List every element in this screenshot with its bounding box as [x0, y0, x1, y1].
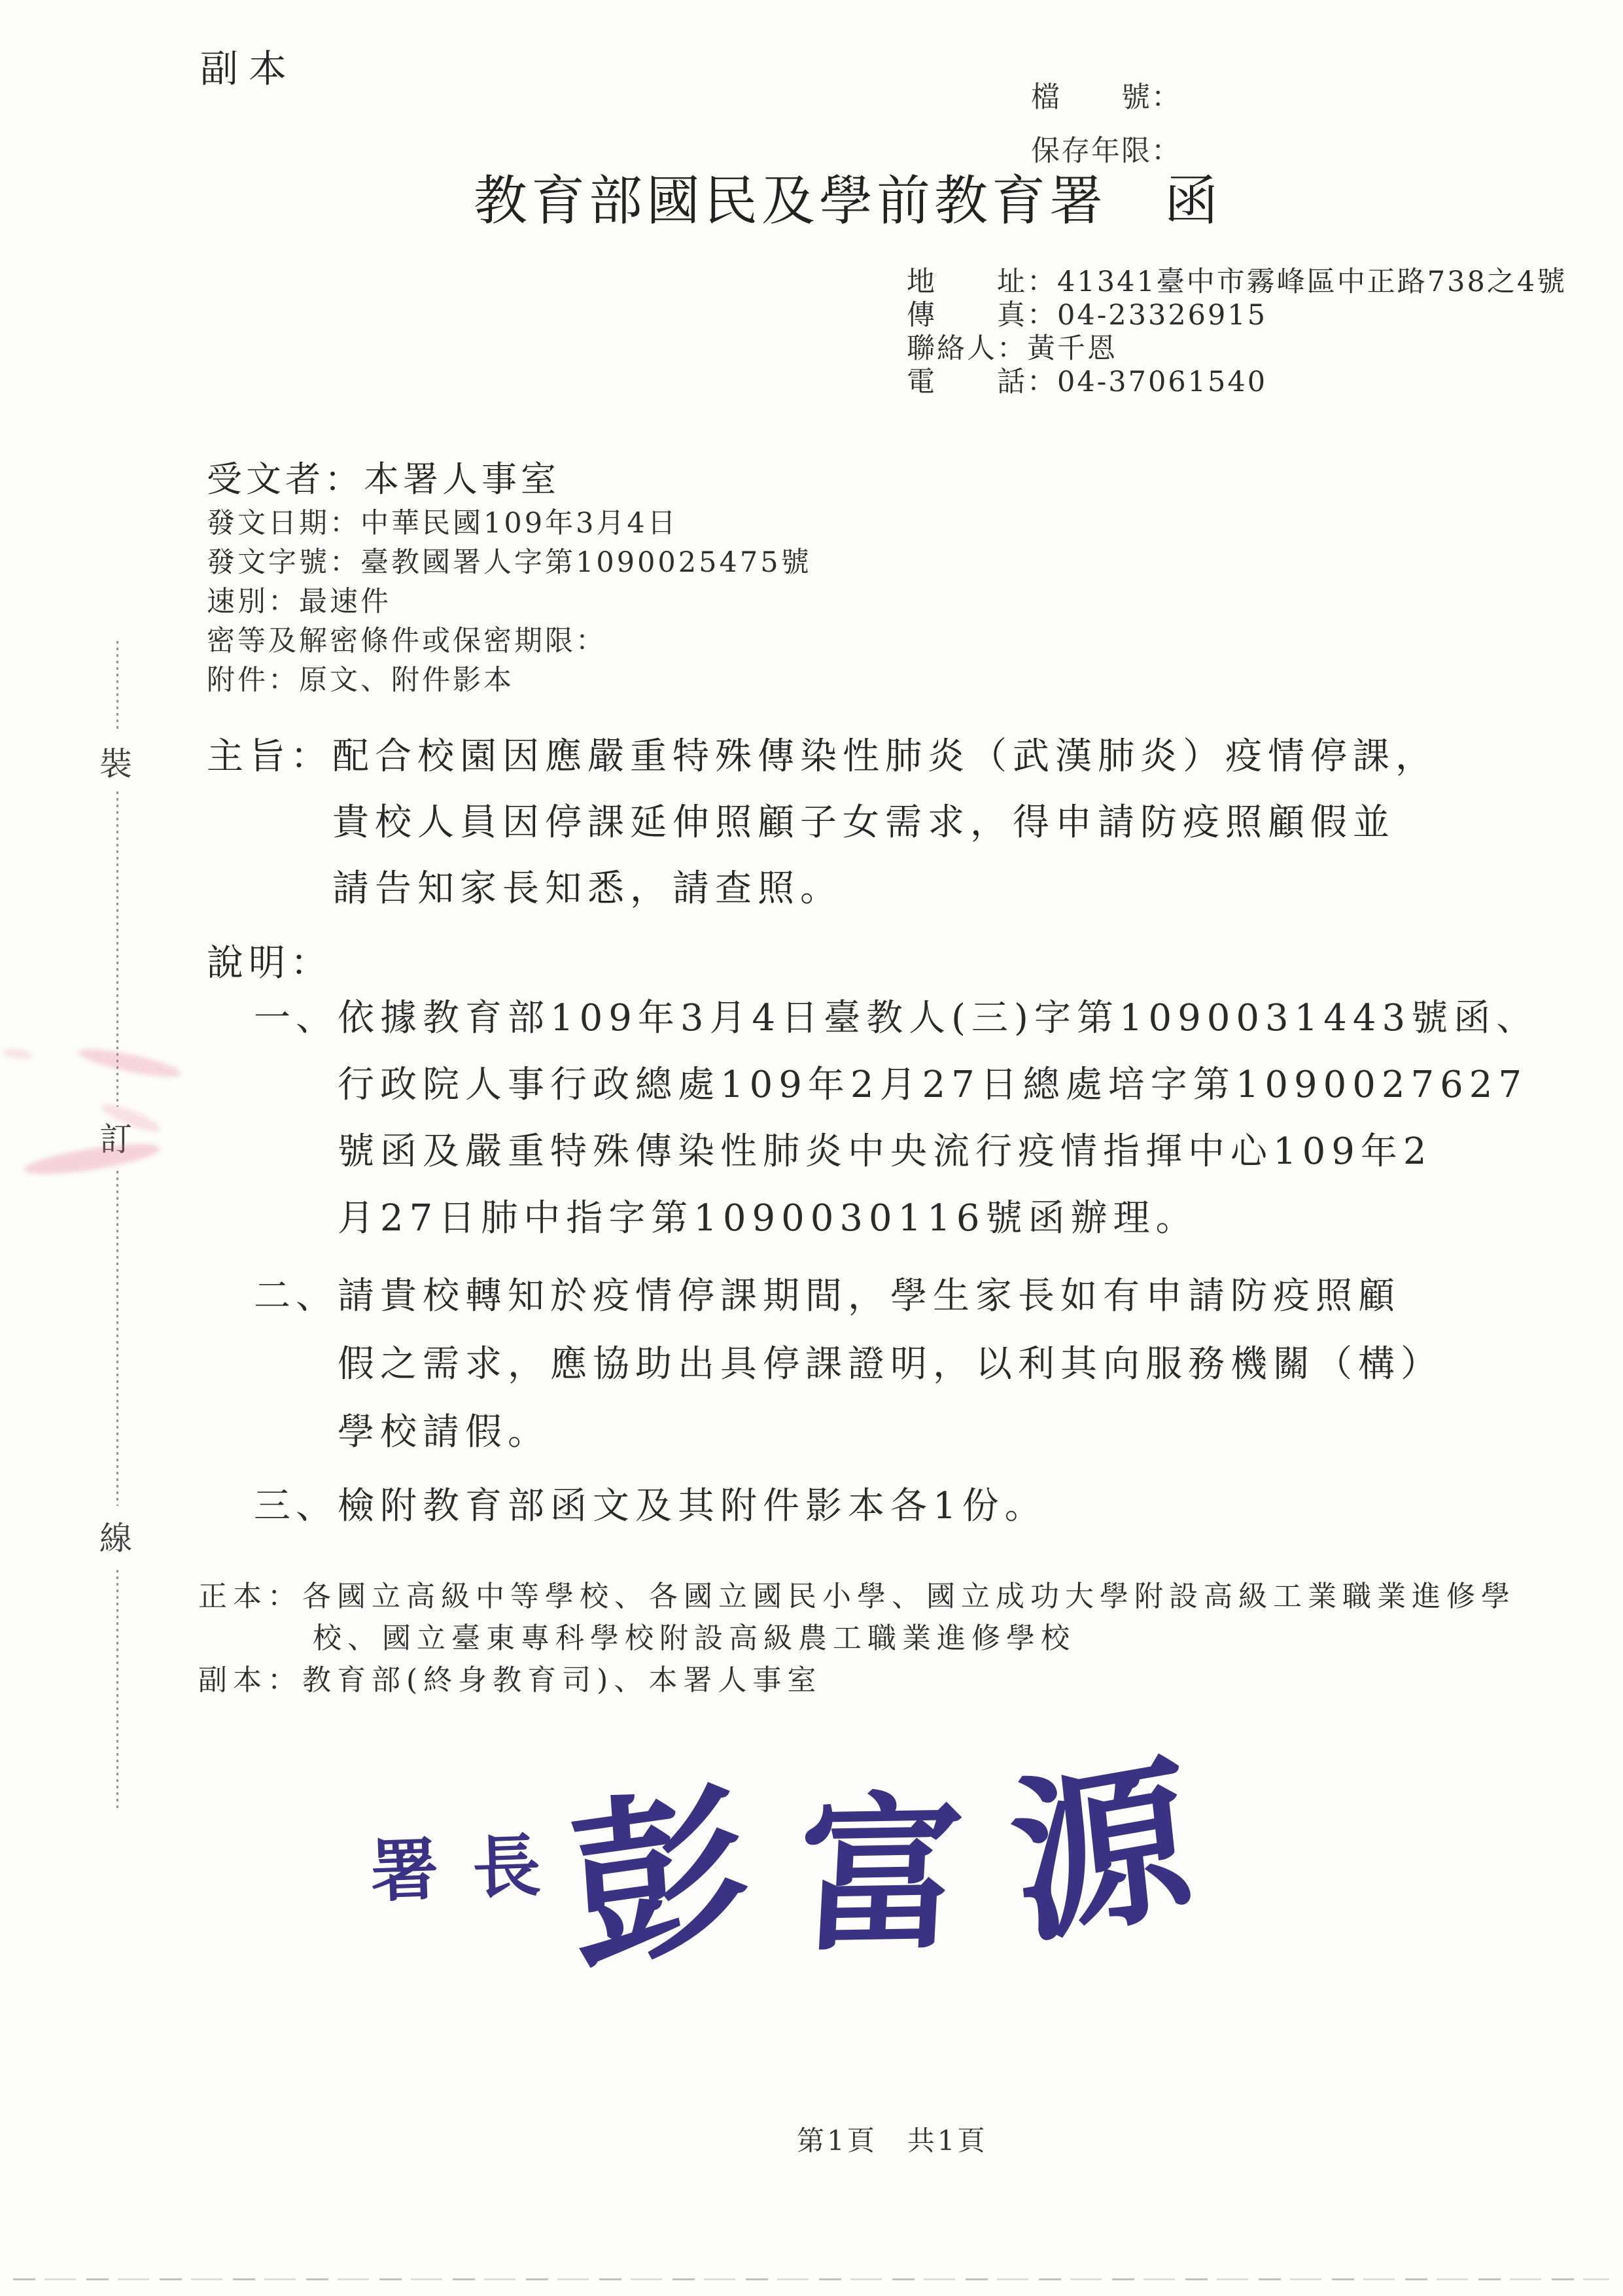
fax-label: 傳 真： — [907, 299, 1057, 332]
doc-number-value: 臺教國署人字第1090025475號 — [360, 546, 812, 579]
phone-value: 04-37061540 — [1057, 366, 1267, 398]
item-line: 檢附教育部函文及其附件影本各1份。 — [338, 1473, 1047, 1540]
item-line: 行政院人事行政總處109年2月27日總處培字第1090027627 — [338, 1052, 1539, 1119]
signature-char: 源 — [1003, 1741, 1192, 1964]
doc-number-line: 發文字號：臺教國署人字第1090025475號 — [207, 543, 812, 582]
item-number: 三、 — [254, 1473, 338, 1540]
address-label: 地 址： — [907, 266, 1057, 298]
item-text: 依據教育部109年3月4日臺教人(三)字第1090031443號函、 行政院人事… — [338, 985, 1539, 1252]
signature-char: 富 — [793, 1783, 959, 1969]
security-label: 密等及解密條件或保密期限： — [207, 625, 606, 657]
phone-label: 電 話： — [907, 366, 1057, 398]
copy-recipients-label: 副本： — [198, 1663, 302, 1697]
copy-recipients-line: 副本：教育部(終身教育司)、本署人事室 — [198, 1656, 822, 1698]
attachment-value: 原文、附件影本 — [299, 664, 514, 697]
document-title: 教育部國民及學前教育署 函 — [474, 158, 1222, 235]
scanned-official-letter-page: 副本 檔 號： 保存年限： 教育部國民及學前教育署 函 地 址：41341臺中市… — [0, 0, 1623, 2296]
sender-address-line: 地 址：41341臺中市霧峰區中正路738之4號 — [907, 266, 1567, 299]
sender-person-line: 聯絡人：黃千恩 — [907, 332, 1567, 366]
primary-recipients-line-2: 校、國立臺東專科學校附設高級農工職業進修學校 — [313, 1614, 1075, 1656]
explanation-label: 說明： — [207, 934, 332, 986]
file-number-label: 檔 號： — [1031, 73, 1181, 115]
subject-line: 請告知家長知悉，請查照。 — [332, 856, 1438, 922]
attachment-label: 附件： — [207, 664, 299, 697]
signer-title: 署長 — [368, 1810, 576, 1915]
explanation-item-1: 一、 依據教育部109年3月4日臺教人(三)字第1090031443號函、 行政… — [254, 985, 1539, 1252]
scan-artifact-pink-smudge — [77, 1044, 183, 1083]
item-number: 一、 — [254, 985, 338, 1252]
copy-recipients-text: 教育部(終身教育司)、本署人事室 — [302, 1663, 822, 1697]
signature-char: 彭 — [564, 1771, 746, 1989]
item-text: 檢附教育部函文及其附件影本各1份。 — [338, 1473, 1047, 1540]
item-line: 假之需求，應協助出具停課證明，以利其向服務機關（構） — [338, 1331, 1443, 1399]
primary-recipients-label: 正本： — [198, 1580, 302, 1613]
binding-dotted-line — [116, 641, 118, 1812]
issue-date-label: 發文日期： — [207, 507, 360, 540]
item-line: 號函及嚴重特殊傳染性肺炎中央流行疫情指揮中心109年2 — [338, 1119, 1539, 1185]
subject-text: 配合校園因應嚴重特殊傳染性肺炎（武漢肺炎）疫情停課， 貴校人員因停課延伸照顧子女… — [332, 723, 1438, 922]
primary-recipients-text: 各國立高級中等學校、各國立國民小學、國立成功大學附設高級工業職業進修學 — [302, 1580, 1516, 1613]
item-number: 二、 — [254, 1262, 338, 1467]
binding-mark-zhuang: 裝 — [98, 731, 133, 791]
priority-line: 速別：最速件 — [207, 582, 812, 621]
scan-artifact-pink-smudge — [2, 1047, 33, 1060]
sender-contact-block: 地 址：41341臺中市霧峰區中正路738之4號 傳 真：04-23326915… — [907, 266, 1567, 399]
subject-line: 配合校園因應嚴重特殊傳染性肺炎（武漢肺炎）疫情停課， — [332, 723, 1438, 790]
scan-artifact-pink-smudge — [23, 1138, 162, 1180]
primary-recipients-line-1: 正本：各國立高級中等學校、各國立國民小學、國立成功大學附設高級工業職業進修學 — [198, 1573, 1516, 1614]
item-line: 依據教育部109年3月4日臺教人(三)字第1090031443號函、 — [338, 985, 1539, 1052]
priority-label: 速別： — [207, 585, 299, 618]
issue-date-line: 發文日期：中華民國109年3月4日 — [207, 504, 812, 543]
attachment-line: 附件：原文、附件影本 — [207, 661, 812, 700]
sender-phone-line: 電 話：04-37061540 — [907, 366, 1567, 399]
priority-value: 最速件 — [299, 585, 391, 618]
sender-fax-line: 傳 真：04-23326915 — [907, 299, 1567, 332]
subject-label: 主旨： — [207, 723, 332, 922]
document-meta-block: 發文日期：中華民國109年3月4日 發文字號：臺教國署人字第1090025475… — [207, 504, 812, 700]
recipient-line: 受文者：本署人事室 — [207, 451, 560, 502]
contact-person-label: 聯絡人： — [907, 332, 1027, 365]
item-line: 請貴校轉知於疫情停課期間，學生家長如有申請防疫照顧 — [338, 1262, 1443, 1331]
item-line: 學校請假。 — [338, 1399, 1443, 1467]
fax-value: 04-23326915 — [1057, 299, 1267, 332]
issue-date-value: 中華民國109年3月4日 — [360, 507, 678, 540]
explanation-item-2: 二、 請貴校轉知於疫情停課期間，學生家長如有申請防疫照顧 假之需求，應協助出具停… — [254, 1262, 1443, 1467]
copy-stamp-label: 副本 — [200, 38, 297, 93]
contact-person-value: 黃千恩 — [1027, 332, 1117, 365]
subject-line: 貴校人員因停課延伸照顧子女需求，得申請防疫照顧假並 — [332, 790, 1438, 856]
item-line: 月27日肺中指字第1090030116號函辦理。 — [338, 1185, 1539, 1252]
scan-edge-artifact-line — [13, 2278, 1609, 2280]
doc-number-label: 發文字號： — [207, 546, 360, 579]
page-number-info: 第1頁 共1頁 — [797, 2119, 987, 2159]
item-text: 請貴校轉知於疫情停課期間，學生家長如有申請防疫照顧 假之需求，應協助出具停課證明… — [338, 1262, 1443, 1467]
subject-section: 主旨： 配合校園因應嚴重特殊傳染性肺炎（武漢肺炎）疫情停課， 貴校人員因停課延伸… — [207, 723, 1438, 922]
security-line: 密等及解密條件或保密期限： — [207, 621, 812, 661]
explanation-item-3: 三、 檢附教育部函文及其附件影本各1份。 — [254, 1473, 1047, 1540]
binding-mark-xian: 線 — [98, 1506, 133, 1566]
address-value: 41341臺中市霧峰區中正路738之4號 — [1057, 266, 1567, 298]
recipient-label: 受文者： — [207, 459, 364, 500]
recipient-value: 本署人事室 — [364, 459, 560, 500]
director-general-signature: 彭 富 源 — [569, 1754, 1183, 1983]
